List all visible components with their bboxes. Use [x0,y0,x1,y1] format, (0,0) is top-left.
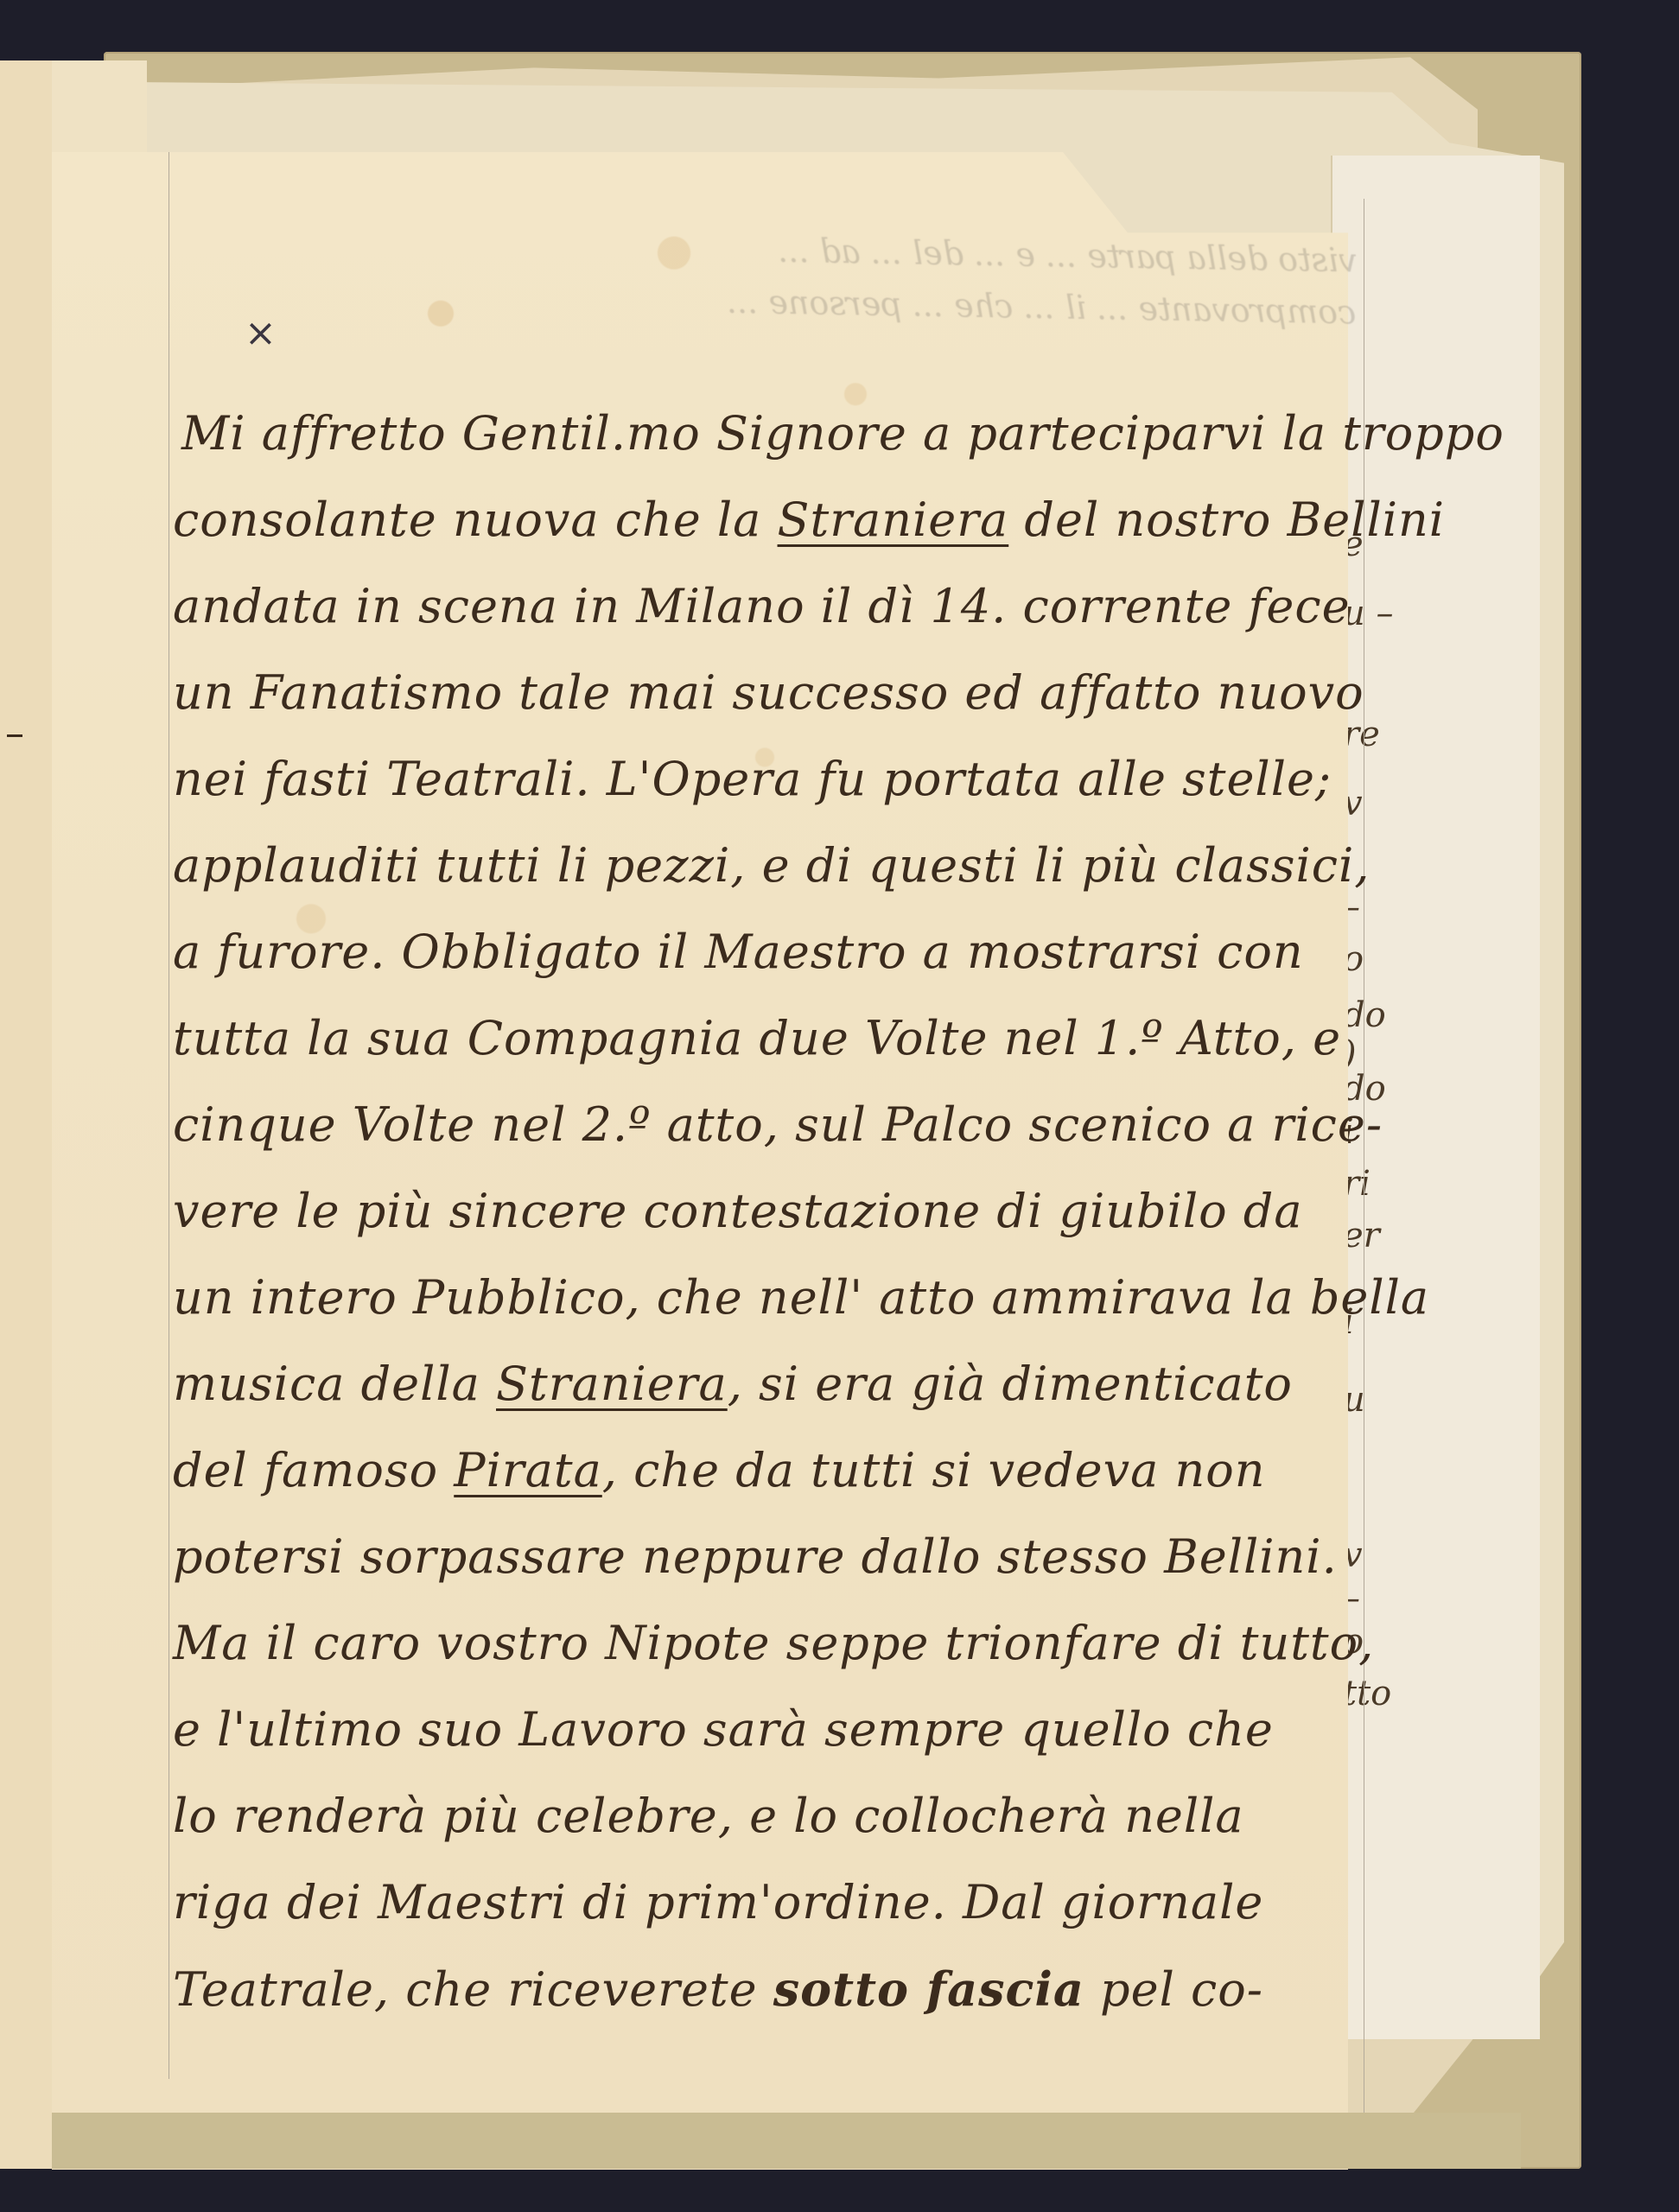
letter-line: consolante nuova che la Straniera del no… [173,493,1374,579]
emphasized-text: sotto fascia [773,1961,1084,2017]
letter-line: nei fasti Teatrali. L'Opera fu portata a… [173,752,1374,838]
letter-line: un Fanatismo tale mai successo ed affatt… [173,665,1374,752]
letter-line: vere le più sincere contestazione di giu… [173,1184,1374,1270]
opera-title-underlined: Straniera [496,1357,728,1411]
facing-page-mark [7,734,22,737]
line-text: del famoso [173,1443,454,1497]
letter-line: Teatrale, che riceverete sotto fascia pe… [173,1961,1374,2048]
letter-line: e l'ultimo suo Lavoro sarà sempre quello… [173,1702,1374,1789]
letter-line: tutta la sua Compagnia due Volte nel 1.º… [173,1011,1374,1097]
line-text: musica della [173,1357,496,1411]
letter-line: lo renderà più celebre, e lo collocherà … [173,1789,1374,1875]
line-text: , che da tutti si vedeva non [602,1443,1266,1497]
letter-line: andata in scena in Milano il dì 14. corr… [173,579,1374,665]
line-text: del nostro Bellini [1008,493,1445,547]
pencil-cross-mark: × [245,311,277,355]
line-text: Teatrale, che riceverete [173,1962,773,2017]
letter-line: Ma il caro vostro Nipote seppe trionfare… [173,1616,1374,1702]
line-text: pel co- [1084,1962,1263,2017]
opera-title-underlined: Straniera [778,493,1009,547]
facing-page-edge [0,60,54,2169]
letter-line: musica della Straniera, si era già dimen… [173,1357,1374,1443]
bleed-through-text: visto della parte ... e ... del ... ad .… [215,214,1358,338]
letter-body: Mi affretto Gentil.mo Signore a partecip… [181,406,1383,2048]
letter-line: cinque Volte nel 2.º atto, sul Palco sce… [173,1097,1374,1184]
letter-line: potersi sorpassare neppure dallo stesso … [173,1529,1374,1616]
line-text: , si era già dimenticato [728,1357,1293,1411]
letter-line: del famoso Pirata, che da tutti si vedev… [173,1443,1374,1529]
letter-line: Mi affretto Gentil.mo Signore a partecip… [181,406,1383,493]
letter-line: applauditi tutti li pezzi, e di questi l… [173,838,1374,925]
letter-line: a furore. Obbligato il Maestro a mostrar… [173,925,1374,1011]
letter-line: riga dei Maestri di prim'ordine. Dal gio… [173,1875,1374,1961]
letter-line: un intero Pubblico, che nell' atto ammir… [173,1270,1374,1357]
opera-title-underlined: Pirata [454,1443,602,1497]
line-text: consolante nuova che la [173,493,778,547]
margin-rule-left [169,152,169,2079]
backing-board-bottom [52,2113,1521,2169]
